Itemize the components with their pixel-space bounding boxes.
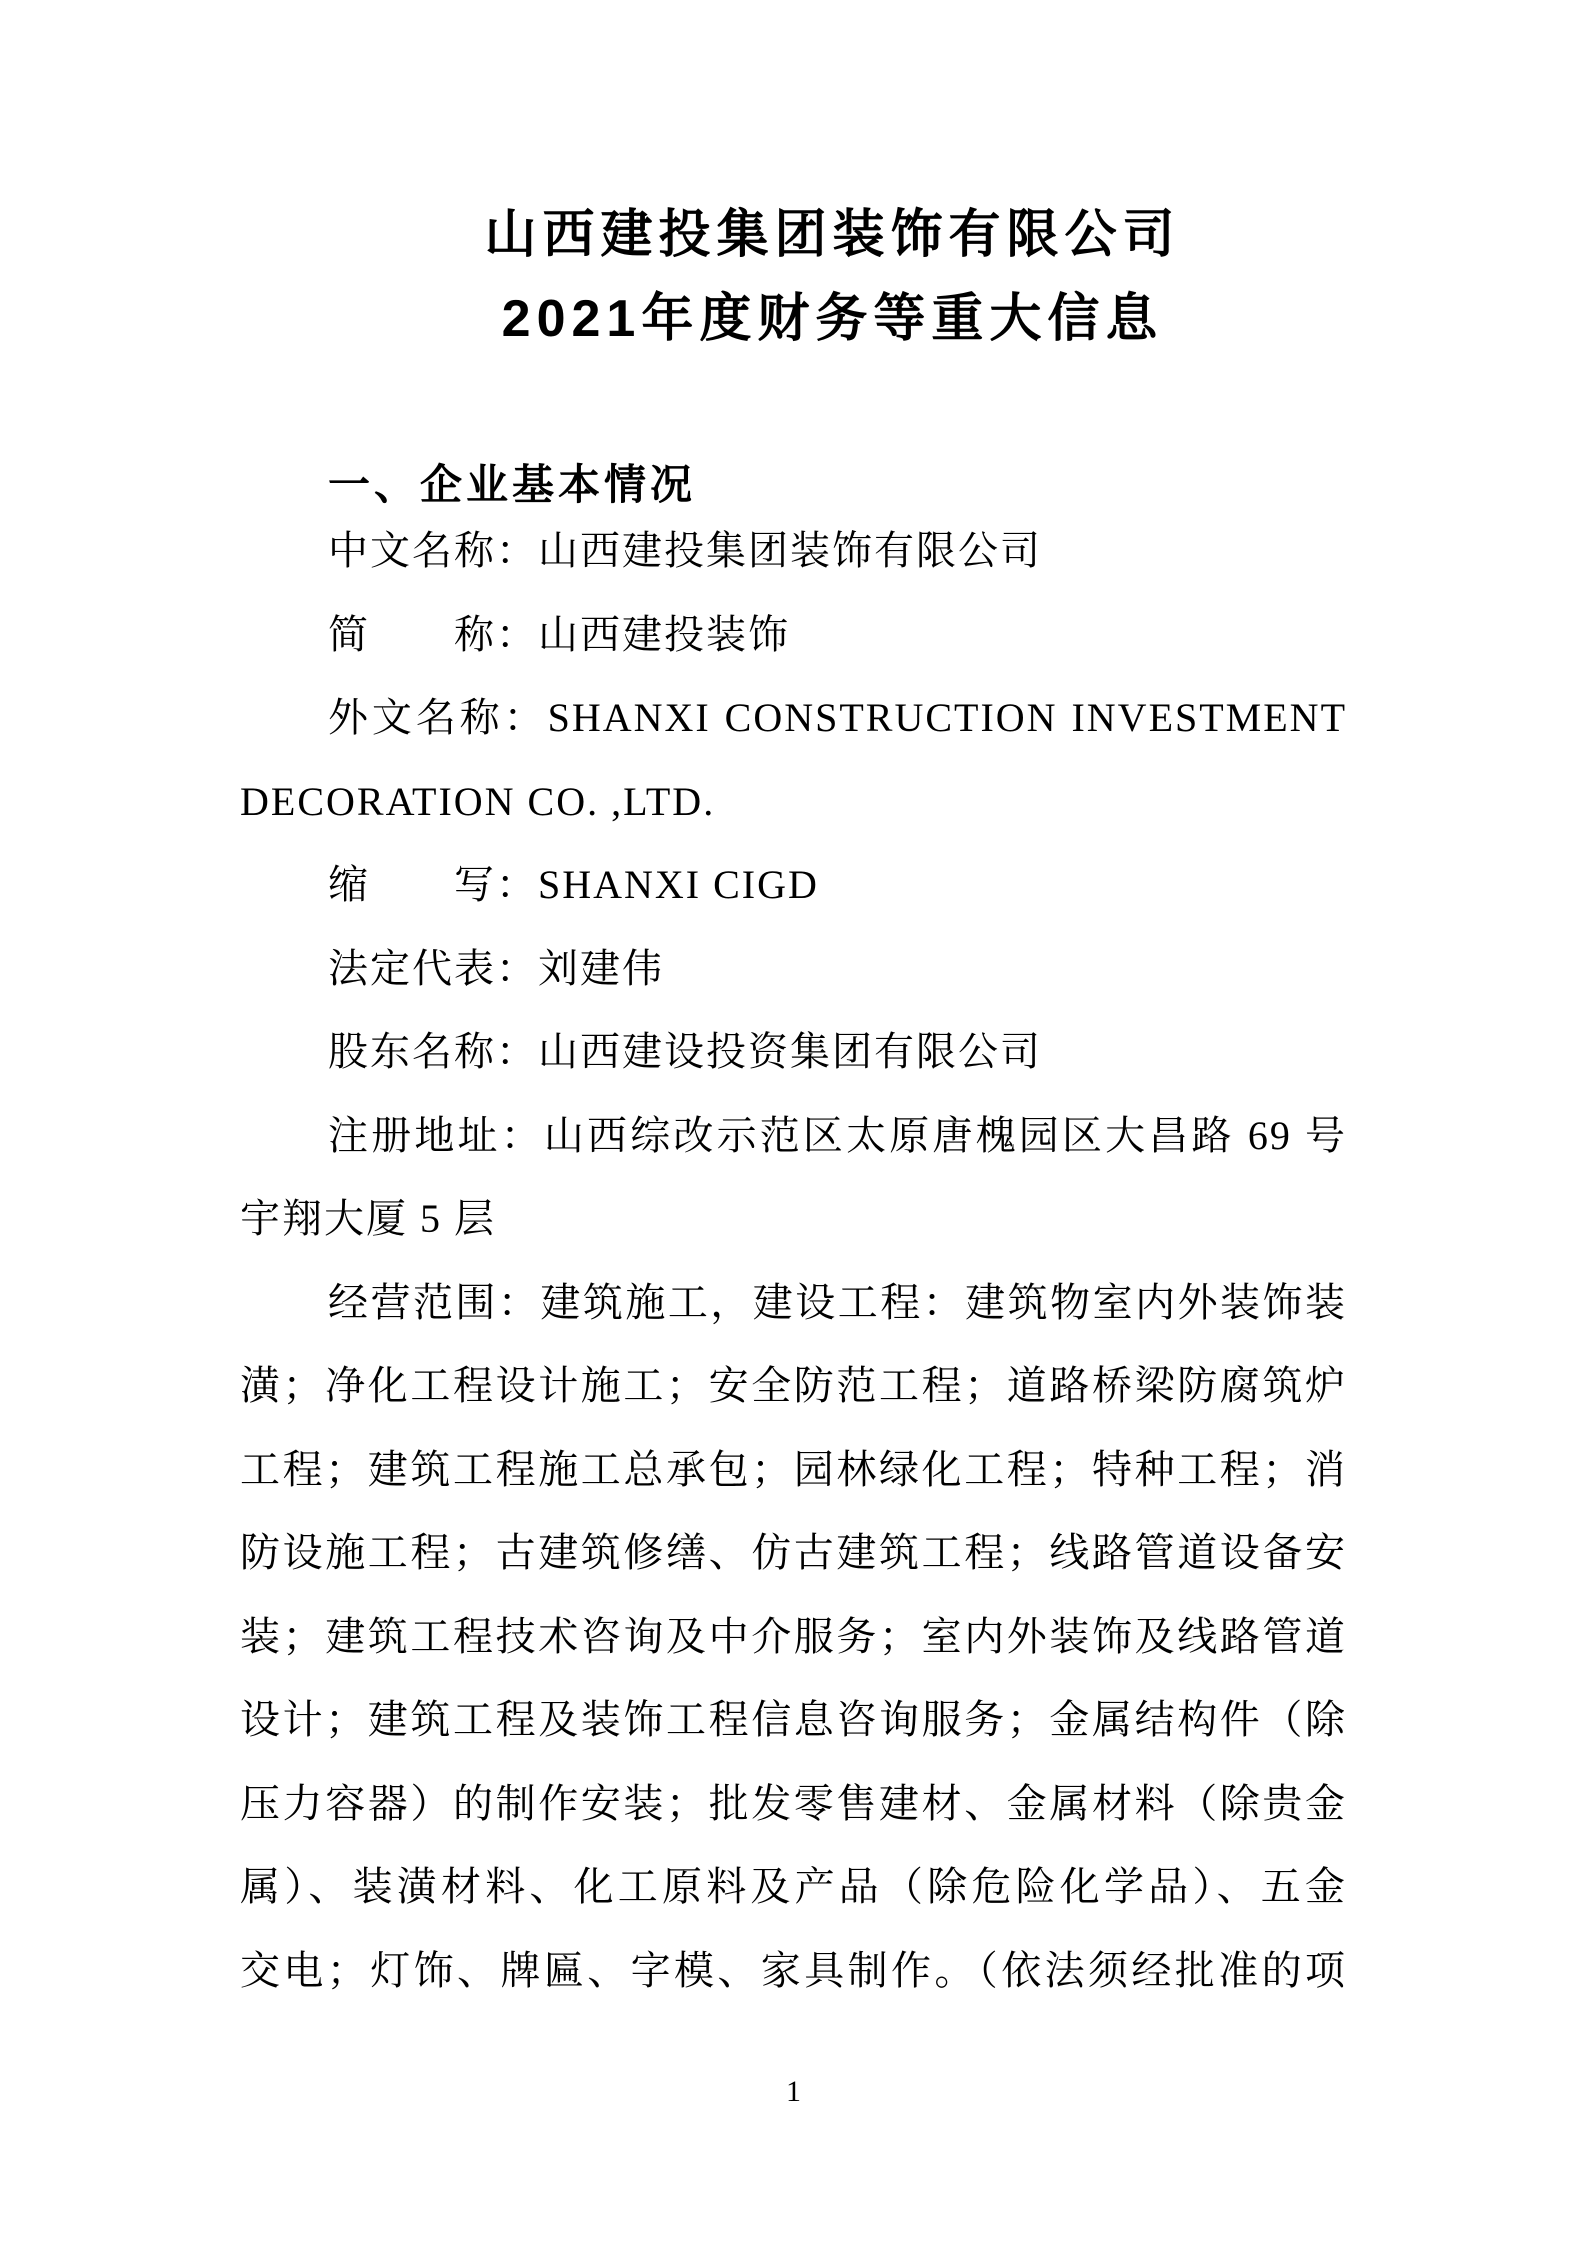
- page-number: 1: [0, 2072, 1587, 2112]
- document-line: 外文名称：SHANXI CONSTRUCTION INVESTMENT GROU…: [240, 676, 1347, 760]
- document-line: 设计；建筑工程及装饰工程信息咨询服务；金属结构件（除: [240, 1678, 1347, 1762]
- document-title-line-1: 山西建投集团装饰有限公司: [78, 193, 1587, 277]
- document-line: 工程；建筑工程施工总承包；园林绿化工程；特种工程；消: [240, 1428, 1347, 1512]
- document-line: DECORATION CO. ,LTD.: [240, 760, 1347, 844]
- document-line: 压力容器）的制作安装；批发零售建材、金属材料（除贵金: [240, 1762, 1347, 1846]
- document-title-line-2: 2021年度财务等重大信息: [78, 277, 1587, 361]
- document-line: 简 称：山西建投装饰: [240, 593, 1347, 677]
- document-line: 潢；净化工程设计施工；安全防范工程；道路桥梁防腐筑炉: [240, 1344, 1347, 1428]
- document-line: 宇翔大厦 5 层: [240, 1177, 1347, 1261]
- document-line: 经营范围：建筑施工，建设工程：建筑物室内外装饰装: [240, 1261, 1347, 1345]
- document-line: 交电；灯饰、牌匾、字模、家具制作。（依法须经批准的项: [240, 1929, 1347, 2013]
- document-line: 属）、装潢材料、化工原料及产品（除危险化学品）、五金: [240, 1845, 1347, 1929]
- document-line: 防设施工程；古建筑修缮、仿古建筑工程；线路管道设备安: [240, 1511, 1347, 1595]
- document-body: 中文名称：山西建投集团装饰有限公司简 称：山西建投装饰外文名称：SHANXI C…: [240, 509, 1347, 2012]
- section-heading-basic-info: 一、企业基本情况: [240, 458, 1345, 512]
- document-line: 注册地址：山西综改示范区太原唐槐园区大昌路 69 号: [240, 1094, 1347, 1178]
- document-line: 缩 写：SHANXI CIGD: [240, 843, 1347, 927]
- document-line: 股东名称：山西建设投资集团有限公司: [240, 1010, 1347, 1094]
- document-line: 装；建筑工程技术咨询及中介服务；室内外装饰及线路管道: [240, 1595, 1347, 1679]
- document-page: 山西建投集团装饰有限公司 2021年度财务等重大信息 一、企业基本情况 中文名称…: [0, 0, 1587, 2245]
- document-line: 中文名称：山西建投集团装饰有限公司: [240, 509, 1347, 593]
- document-title: 山西建投集团装饰有限公司 2021年度财务等重大信息: [78, 193, 1587, 361]
- document-line: 法定代表：刘建伟: [240, 927, 1347, 1011]
